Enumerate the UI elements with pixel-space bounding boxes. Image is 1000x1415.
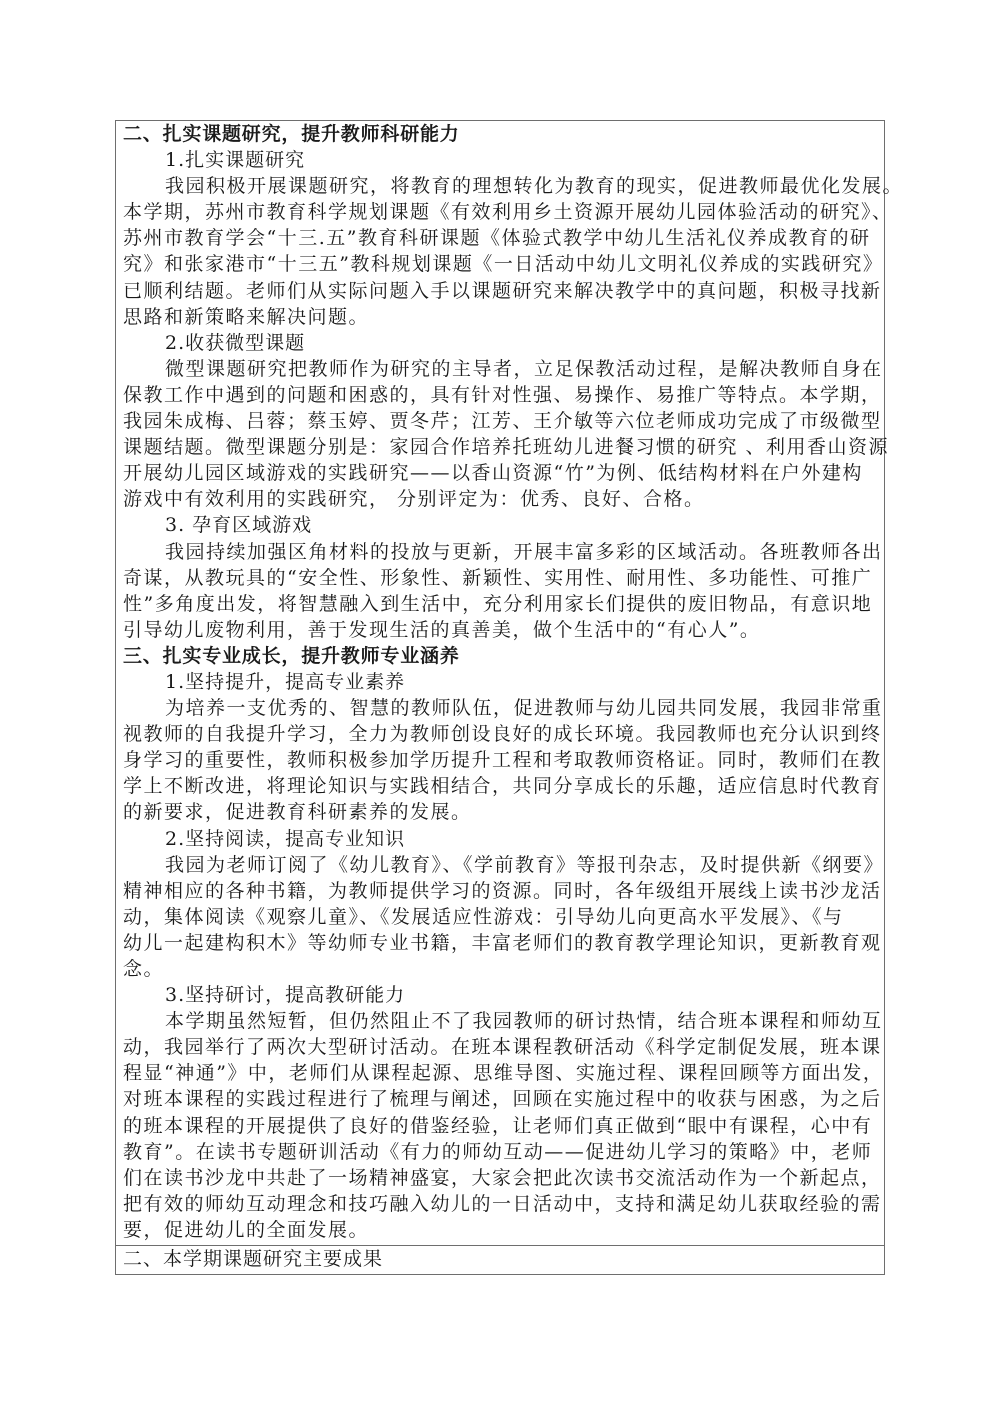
subsection-title-micro-projects: 2.收获微型课题 [123, 330, 878, 356]
text-line: 我园积极开展课题研究，将教育的理想转化为教育的现实，促进教师最优化发展。 [123, 173, 878, 199]
text-line: 动，集体阅读《观察儿童》、《发展适应性游戏：引导幼儿向更高水平发展》、《与 [123, 904, 878, 930]
section-heading-research: 二、扎实课题研究，提升教师科研能力 [123, 121, 878, 147]
paragraph-self-improvement: 为培养一支优秀的、智慧的教师队伍，促进教师与幼儿园共同发展，我园非常重 视教师的… [123, 695, 878, 825]
text-line: 奇谋，从教玩具的“安全性、形象性、新颖性、实用性、耐用性、多功能性、可推广 [123, 565, 878, 591]
text-line: 究》和张家港市“十三五”教科规划课题《一日活动中幼儿文明礼仪养成的实践研究》 [123, 251, 878, 277]
text-line: 教育”。在读书专题研训活动《有力的师幼互动——促进幼儿学习的策略》中，老师 [123, 1139, 878, 1165]
text-line: 对班本课程的实践过程进行了梳理与阐述，回顾在实施过程中的收获与困惑，为之后 [123, 1086, 878, 1112]
text-line: 我园为老师订阅了《幼儿教育》、《学前教育》等报刊杂志，及时提供新《纲要》 [123, 852, 878, 878]
text-line: 游戏中有效利用的实践研究， 分别评定为：优秀、良好、合格。 [123, 486, 878, 512]
section-heading-professional-growth: 三、扎实专业成长，提升教师专业涵养 [123, 643, 878, 669]
text-line: 引导幼儿废物利用，善于发现生活的真善美，做个生活中的“有心人”。 [123, 617, 878, 643]
text-line: 思路和新策略来解决问题。 [123, 304, 878, 330]
text-line: 课题结题。微型课题分别是：家园合作培养托班幼儿进餐习惯的研究 、利用香山资源 [123, 434, 878, 460]
text-line: 本学期虽然短暂，但仍然阻止不了我园教师的研讨热情，结合班本课程和师幼互 [123, 1008, 878, 1034]
results-row-label: 二、本学期课题研究主要成果 [123, 1248, 383, 1270]
text-line: 的班本课程的开展提供了良好的借鉴经验，让老师们真正做到“眼中有课程，心中有 [123, 1113, 878, 1139]
paragraph-research-projects: 我园积极开展课题研究，将教育的理想转化为教育的现实，促进教师最优化发展。 本学期… [123, 173, 878, 330]
text-line: 视教师的自我提升学习，全力为教师创设良好的成长环境。我园教师也充分认识到终 [123, 721, 878, 747]
text-line: 微型课题研究把教师作为研究的主导者，立足保教活动过程，是解决教师自身在 [123, 356, 878, 382]
text-line: 身学习的重要性，教师积极参加学历提升工程和考取教师资格证。同时，教师们在教 [123, 747, 878, 773]
subsection-title-self-improvement: 1.坚持提升，提高专业素养 [123, 669, 878, 695]
text-line: 苏州市教育学会“十三.五”教育科研课题《体验式教学中幼儿生活礼仪养成教育的研 [123, 225, 878, 251]
paragraph-micro-projects: 微型课题研究把教师作为研究的主导者，立足保教活动过程，是解决教师自身在 保教工作… [123, 356, 878, 513]
text-line: 本学期，苏州市教育科学规划课题《有效利用乡土资源开展幼儿园体验活动的研究》、 [123, 199, 878, 225]
text-line: 开展幼儿园区域游戏的实践研究——以香山资源“竹”为例、低结构材料在户外建构 [123, 460, 878, 486]
subsection-title-research-projects: 1.扎实课题研究 [123, 147, 878, 173]
results-row-cell: 二、本学期课题研究主要成果 [116, 1246, 884, 1274]
text-line: 程显“神通”》中，老师们从课程起源、思维导图、实施过程、课程回顾等方面出发， [123, 1060, 878, 1086]
text-line: 幼儿一起建构积木》等幼师专业书籍，丰富老师们的教育教学理论知识，更新教育观 [123, 930, 878, 956]
paragraph-area-games: 我园持续加强区角材料的投放与更新，开展丰富多彩的区域活动。各班教师各出 奇谋，从… [123, 539, 878, 643]
text-line: 念。 [123, 956, 878, 982]
report-body-cell: 二、扎实课题研究，提升教师科研能力 1.扎实课题研究 我园积极开展课题研究，将教… [116, 121, 884, 1246]
text-line: 要，促进幼儿的全面发展。 [123, 1217, 878, 1243]
paragraph-reading: 我园为老师订阅了《幼儿教育》、《学前教育》等报刊杂志，及时提供新《纲要》 精神相… [123, 852, 878, 982]
text-line: 已顺利结题。老师们从实际问题入手以课题研究来解决教学中的真问题，积极寻找新 [123, 278, 878, 304]
text-line: 把有效的师幼互动理念和技巧融入幼儿的一日活动中，支持和满足幼儿获取经验的需 [123, 1191, 878, 1217]
report-table: 二、扎实课题研究，提升教师科研能力 1.扎实课题研究 我园积极开展课题研究，将教… [115, 120, 885, 1275]
text-line: 的新要求，促进教育科研素养的发展。 [123, 799, 878, 825]
text-line: 精神相应的各种书籍，为教师提供学习的资源。同时，各年级组开展线上读书沙龙活 [123, 878, 878, 904]
text-line: 我园朱成梅、吕蓉；蔡玉婷、贾冬芹；江芳、王介敏等六位老师成功完成了市级微型 [123, 408, 878, 434]
text-line: 们在读书沙龙中共赴了一场精神盛宴，大家会把此次读书交流活动作为一个新起点， [123, 1165, 878, 1191]
text-line: 动，我园举行了两次大型研讨活动。在班本课程教研活动《科学定制促发展，班本课 [123, 1034, 878, 1060]
text-line: 我园持续加强区角材料的投放与更新，开展丰富多彩的区域活动。各班教师各出 [123, 539, 878, 565]
text-line: 性”多角度出发，将智慧融入到生活中，充分利用家长们提供的废旧物品，有意识地 [123, 591, 878, 617]
paragraph-teaching-research: 本学期虽然短暂，但仍然阻止不了我园教师的研讨热情，结合班本课程和师幼互 动，我园… [123, 1008, 878, 1243]
text-line: 为培养一支优秀的、智慧的教师队伍，促进教师与幼儿园共同发展，我园非常重 [123, 695, 878, 721]
text-line: 学上不断改进，将理论知识与实践相结合，共同分享成长的乐趣，适应信息时代教育 [123, 773, 878, 799]
subsection-title-teaching-research: 3.坚持研讨，提高教研能力 [123, 982, 878, 1008]
subsection-title-area-games: 3. 孕育区域游戏 [123, 512, 878, 538]
subsection-title-reading: 2.坚持阅读，提高专业知识 [123, 826, 878, 852]
text-line: 保教工作中遇到的问题和困惑的，具有针对性强、易操作、易推广等特点。本学期， [123, 382, 878, 408]
